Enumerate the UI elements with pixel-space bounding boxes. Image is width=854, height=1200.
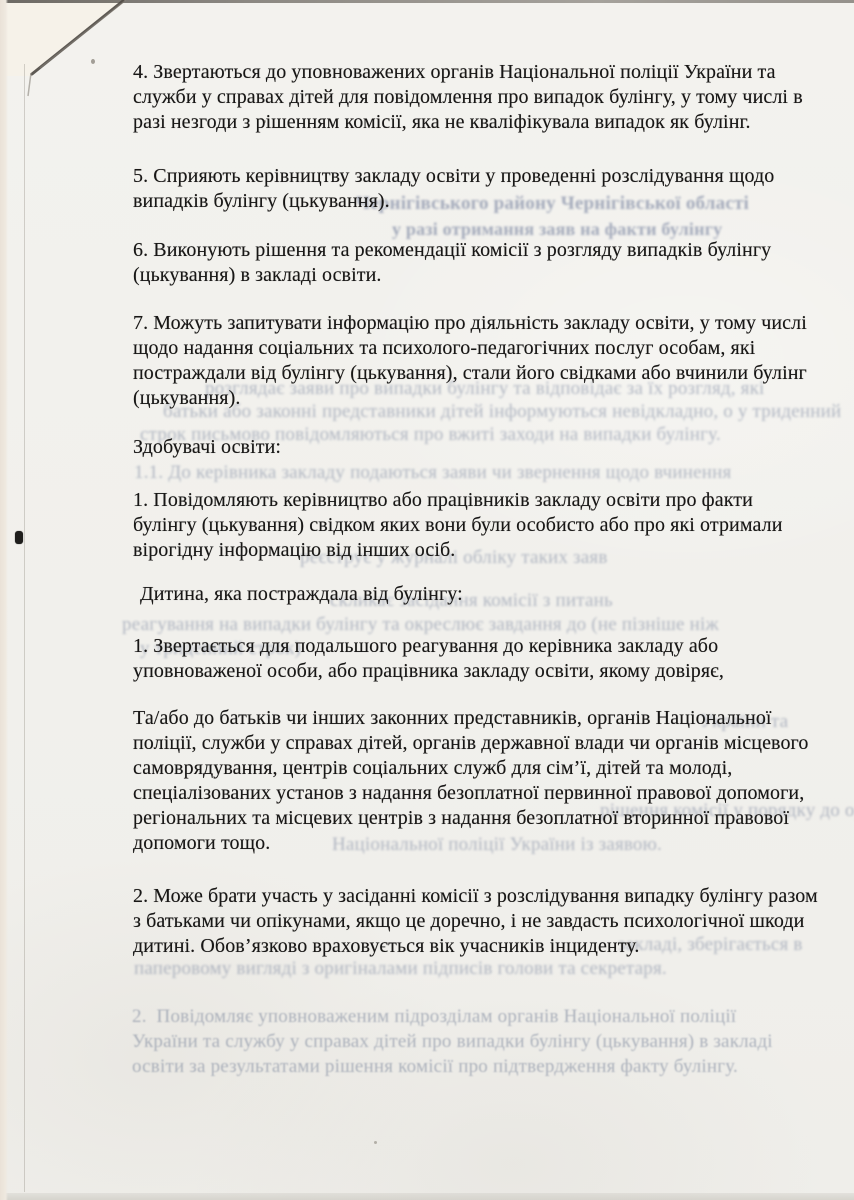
- scan-bottom-edge: [0, 1193, 854, 1200]
- paragraph-2-dytyna: 2. Може брати участь у засіданні комісії…: [133, 884, 818, 959]
- paragraph-ta-abo: Та/або до батьків чи інших законних пред…: [133, 706, 808, 856]
- paragraph-4: 4. Звертаються до уповноважених органів …: [133, 60, 803, 135]
- paragraph-6: 6. Виконують рішення та рекомендації ком…: [133, 238, 771, 288]
- scanner-edge-strip: [0, 0, 8, 1200]
- heading-zdobuvachi: Здобувачі освіти:: [133, 435, 281, 460]
- page-edge-line: [24, 64, 25, 1192]
- bleed-through-line: паперовому вигляді з оригіналами підписі…: [134, 957, 667, 981]
- bleed-through-line: 2. Повідомляє уповноваженим підрозділам …: [132, 1005, 736, 1029]
- bleed-through-line: України та службу у справах дітей про ви…: [132, 1030, 773, 1054]
- ink-dot-mark: [15, 531, 23, 544]
- bleed-through-line: освіти за результатами рішення комісії п…: [132, 1055, 738, 1079]
- paragraph-1-zdobuvachi: 1. Повідомляють керівництво або працівни…: [133, 488, 783, 563]
- paragraph-1-dytyna: 1. Звертається для подальшого реагування…: [133, 634, 724, 684]
- scanned-document-page: { "page": { "kind": "scanned paper docum…: [0, 0, 854, 1200]
- paper-speck: [91, 59, 95, 64]
- paragraph-5: 5. Сприяють керівництву закладу освіти у…: [133, 164, 774, 214]
- paragraph-7: 7. Можуть запитувати інформацію про діял…: [133, 311, 807, 411]
- bleed-through-line: 1.1. До керівника закладу подаються заяв…: [134, 461, 731, 485]
- paper-speck: [374, 1141, 377, 1144]
- heading-dytyna: Дитина, яка постраждала від булінгу:: [140, 582, 463, 607]
